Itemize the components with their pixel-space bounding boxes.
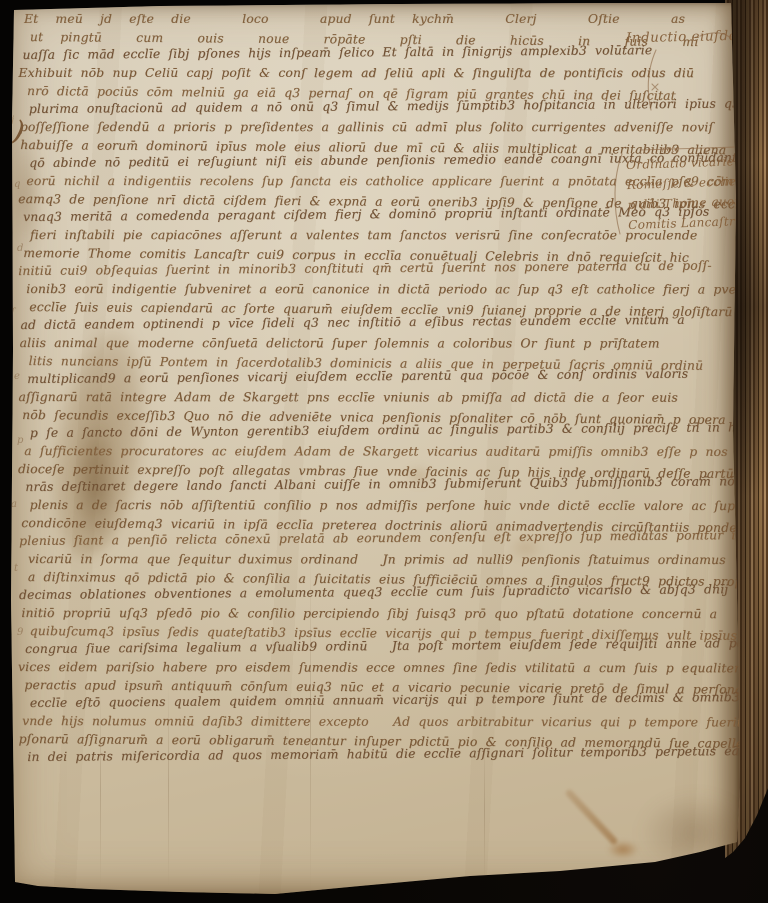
manuscript-photo: ) Et meū jd eſte die loco apud ſunt kych… <box>0 0 768 903</box>
left-margin-mark: t <box>14 563 18 574</box>
note1-tail-flourish <box>700 33 736 44</box>
note2-rule <box>640 147 736 150</box>
left-margin-mark: q <box>14 179 20 190</box>
left-margin-mark: j <box>11 115 14 126</box>
note2-bracket <box>615 154 622 234</box>
left-margin-mark: a <box>11 499 17 510</box>
left-margin-mark: p <box>17 435 23 446</box>
left-margin-mark: e <box>14 371 20 382</box>
left-margin-mark: 9 <box>17 627 23 638</box>
parchment-page: ) Et meū jd eſte die loco apud ſunt kych… <box>10 3 740 898</box>
paren-flourish <box>648 50 656 110</box>
margin-flourishes <box>10 3 740 898</box>
cross-mark <box>652 84 658 90</box>
ink-layer: ) Et meū jd eſte die loco apud ſunt kych… <box>10 3 740 898</box>
left-margin-mark: d <box>17 243 23 254</box>
left-margin-mark: ſ <box>11 307 15 318</box>
